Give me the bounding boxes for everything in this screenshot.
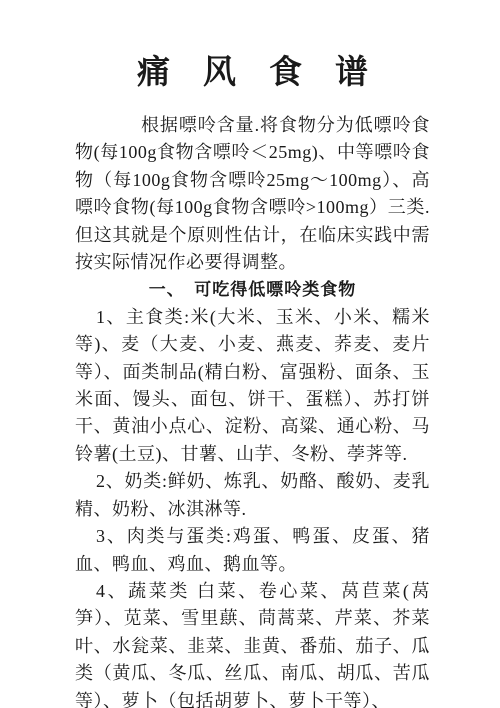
page-title: 痛 风 食 谱	[75, 52, 430, 94]
intro-paragraph: 根据嘌呤含量.将食物分为低嘌呤食物(每100g食物含嘌呤＜25mg)、中等嘌呤食…	[75, 112, 430, 276]
list-item-meat-and-eggs: 3、肉类与蛋类:鸡蛋、鸭蛋、皮蛋、猪血、鸭血、鸡血、鹅血等。	[75, 523, 430, 578]
list-item-staple-foods: 1、主食类:米(大米、玉米、小米、糯米等)、麦（大麦、小麦、燕麦、荞麦、麦片等）…	[75, 304, 430, 468]
list-item-dairy: 2、奶类:鲜奶、炼乳、奶酪、酸奶、麦乳精、奶粉、冰淇淋等.	[75, 468, 430, 523]
document-body: 痛 风 食 谱 根据嘌呤含量.将食物分为低嘌呤食物(每100g食物含嘌呤＜25m…	[0, 0, 500, 708]
list-item-vegetables: 4、蔬菜类 白菜、卷心菜、莴苣菜(莴笋）、苋菜、雪里蕻、茼蒿菜、芹菜、芥菜叶、水…	[75, 578, 430, 708]
document-page: 痛 风 食 谱 根据嘌呤含量.将食物分为低嘌呤食物(每100g食物含嘌呤＜25m…	[0, 0, 500, 708]
section-heading-low-purine-foods: 一、 可吃得低嘌呤类食物	[75, 276, 430, 303]
